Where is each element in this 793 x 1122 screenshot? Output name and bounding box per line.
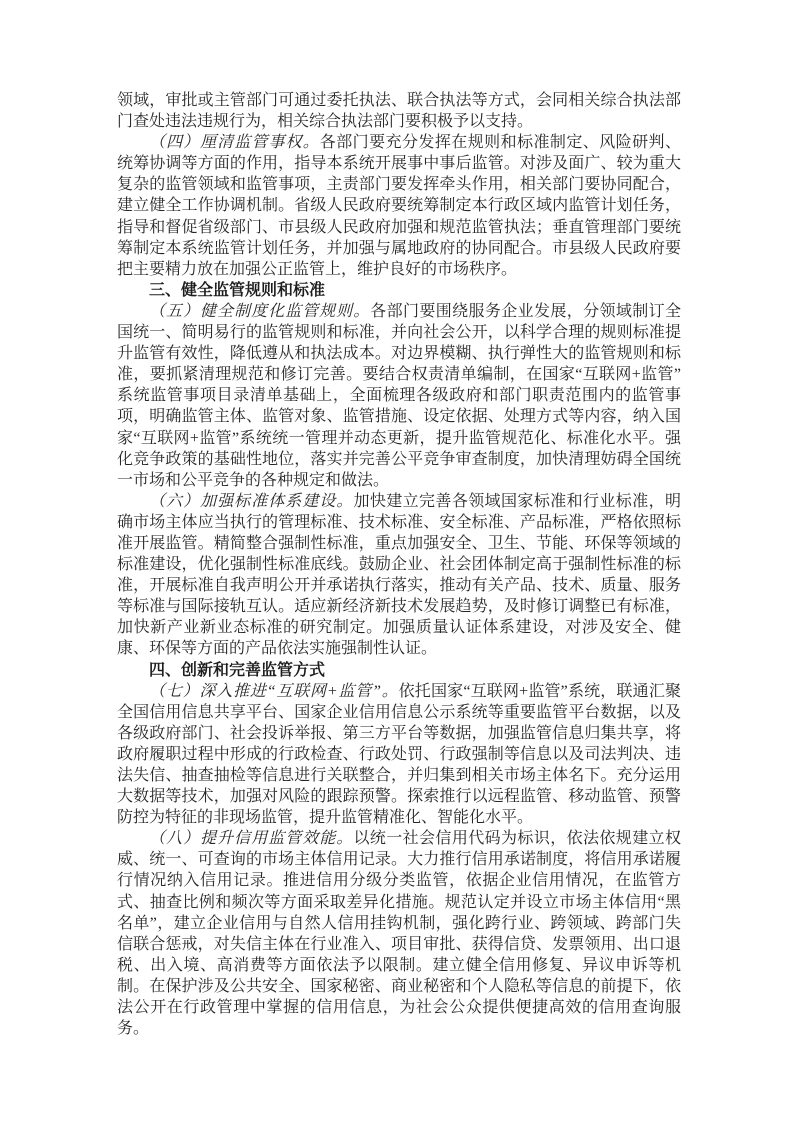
paragraph-item-8: （八）提升信用监管效能。以统一社会信用代码为标识，依法依规建立权威、统一、可查询…: [117, 828, 681, 1039]
paragraph-item-6: （六）加强标准体系建设。加快建立完善各领域国家标准和行业标准，明确市场主体应当执…: [117, 491, 681, 660]
paragraph-item-5: （五）健全制度化监管规则。各部门要围绕服务企业发展，分领域制订全国统一、简明易行…: [117, 301, 681, 491]
paragraph-lead: （五）健全制度化监管规则。: [149, 303, 370, 320]
section-heading-3: 三、健全监管规则和标准: [117, 280, 681, 301]
paragraph-text: 各部门要围绕服务企业发展，分领域制订全国统一、简明易行的监管规则和标准，并向社会…: [117, 303, 681, 489]
paragraph-lead: （八）提升信用监管效能。: [149, 830, 353, 847]
paragraph-text: 以统一社会信用代码为标识，依法依规建立权威、统一、可查询的市场主体信用记录。大力…: [117, 830, 681, 1037]
paragraph-lead: （七）深入推进“互联网+监管”。: [149, 683, 399, 700]
paragraph-text: 各部门要充分发挥在规则和标准制定、风险研判、统筹协调等方面的作用，指导本系统开展…: [117, 134, 681, 278]
paragraph-lead: （六）加强标准体系建设。: [149, 493, 353, 510]
paragraph-lead: （四）厘清监管事权。: [149, 134, 320, 151]
paragraph-item-7: （七）深入推进“互联网+监管”。依托国家“互联网+监管”系统，联通汇聚全国信用信…: [117, 681, 681, 829]
paragraph-continuation: 领域，审批或主管部门可通过委托执法、联合执法等方式，会同相关综合执法部门查处违法…: [117, 90, 681, 132]
document-page: 领域，审批或主管部门可通过委托执法、联合执法等方式，会同相关综合执法部门查处违法…: [0, 0, 793, 1122]
section-heading-4: 四、创新和完善监管方式: [117, 660, 681, 681]
paragraph-item-4: （四）厘清监管事权。各部门要充分发挥在规则和标准制定、风险研判、统筹协调等方面的…: [117, 132, 681, 280]
paragraph-text: 加快建立完善各领域国家标准和行业标准，明确市场主体应当执行的管理标准、技术标准、…: [117, 493, 681, 658]
document-body: 领域，审批或主管部门可通过委托执法、联合执法等方式，会同相关综合执法部门查处违法…: [117, 90, 681, 1039]
paragraph-text: 依托国家“互联网+监管”系统，联通汇聚全国信用信息共享平台、国家企业信用信息公示…: [117, 683, 681, 827]
